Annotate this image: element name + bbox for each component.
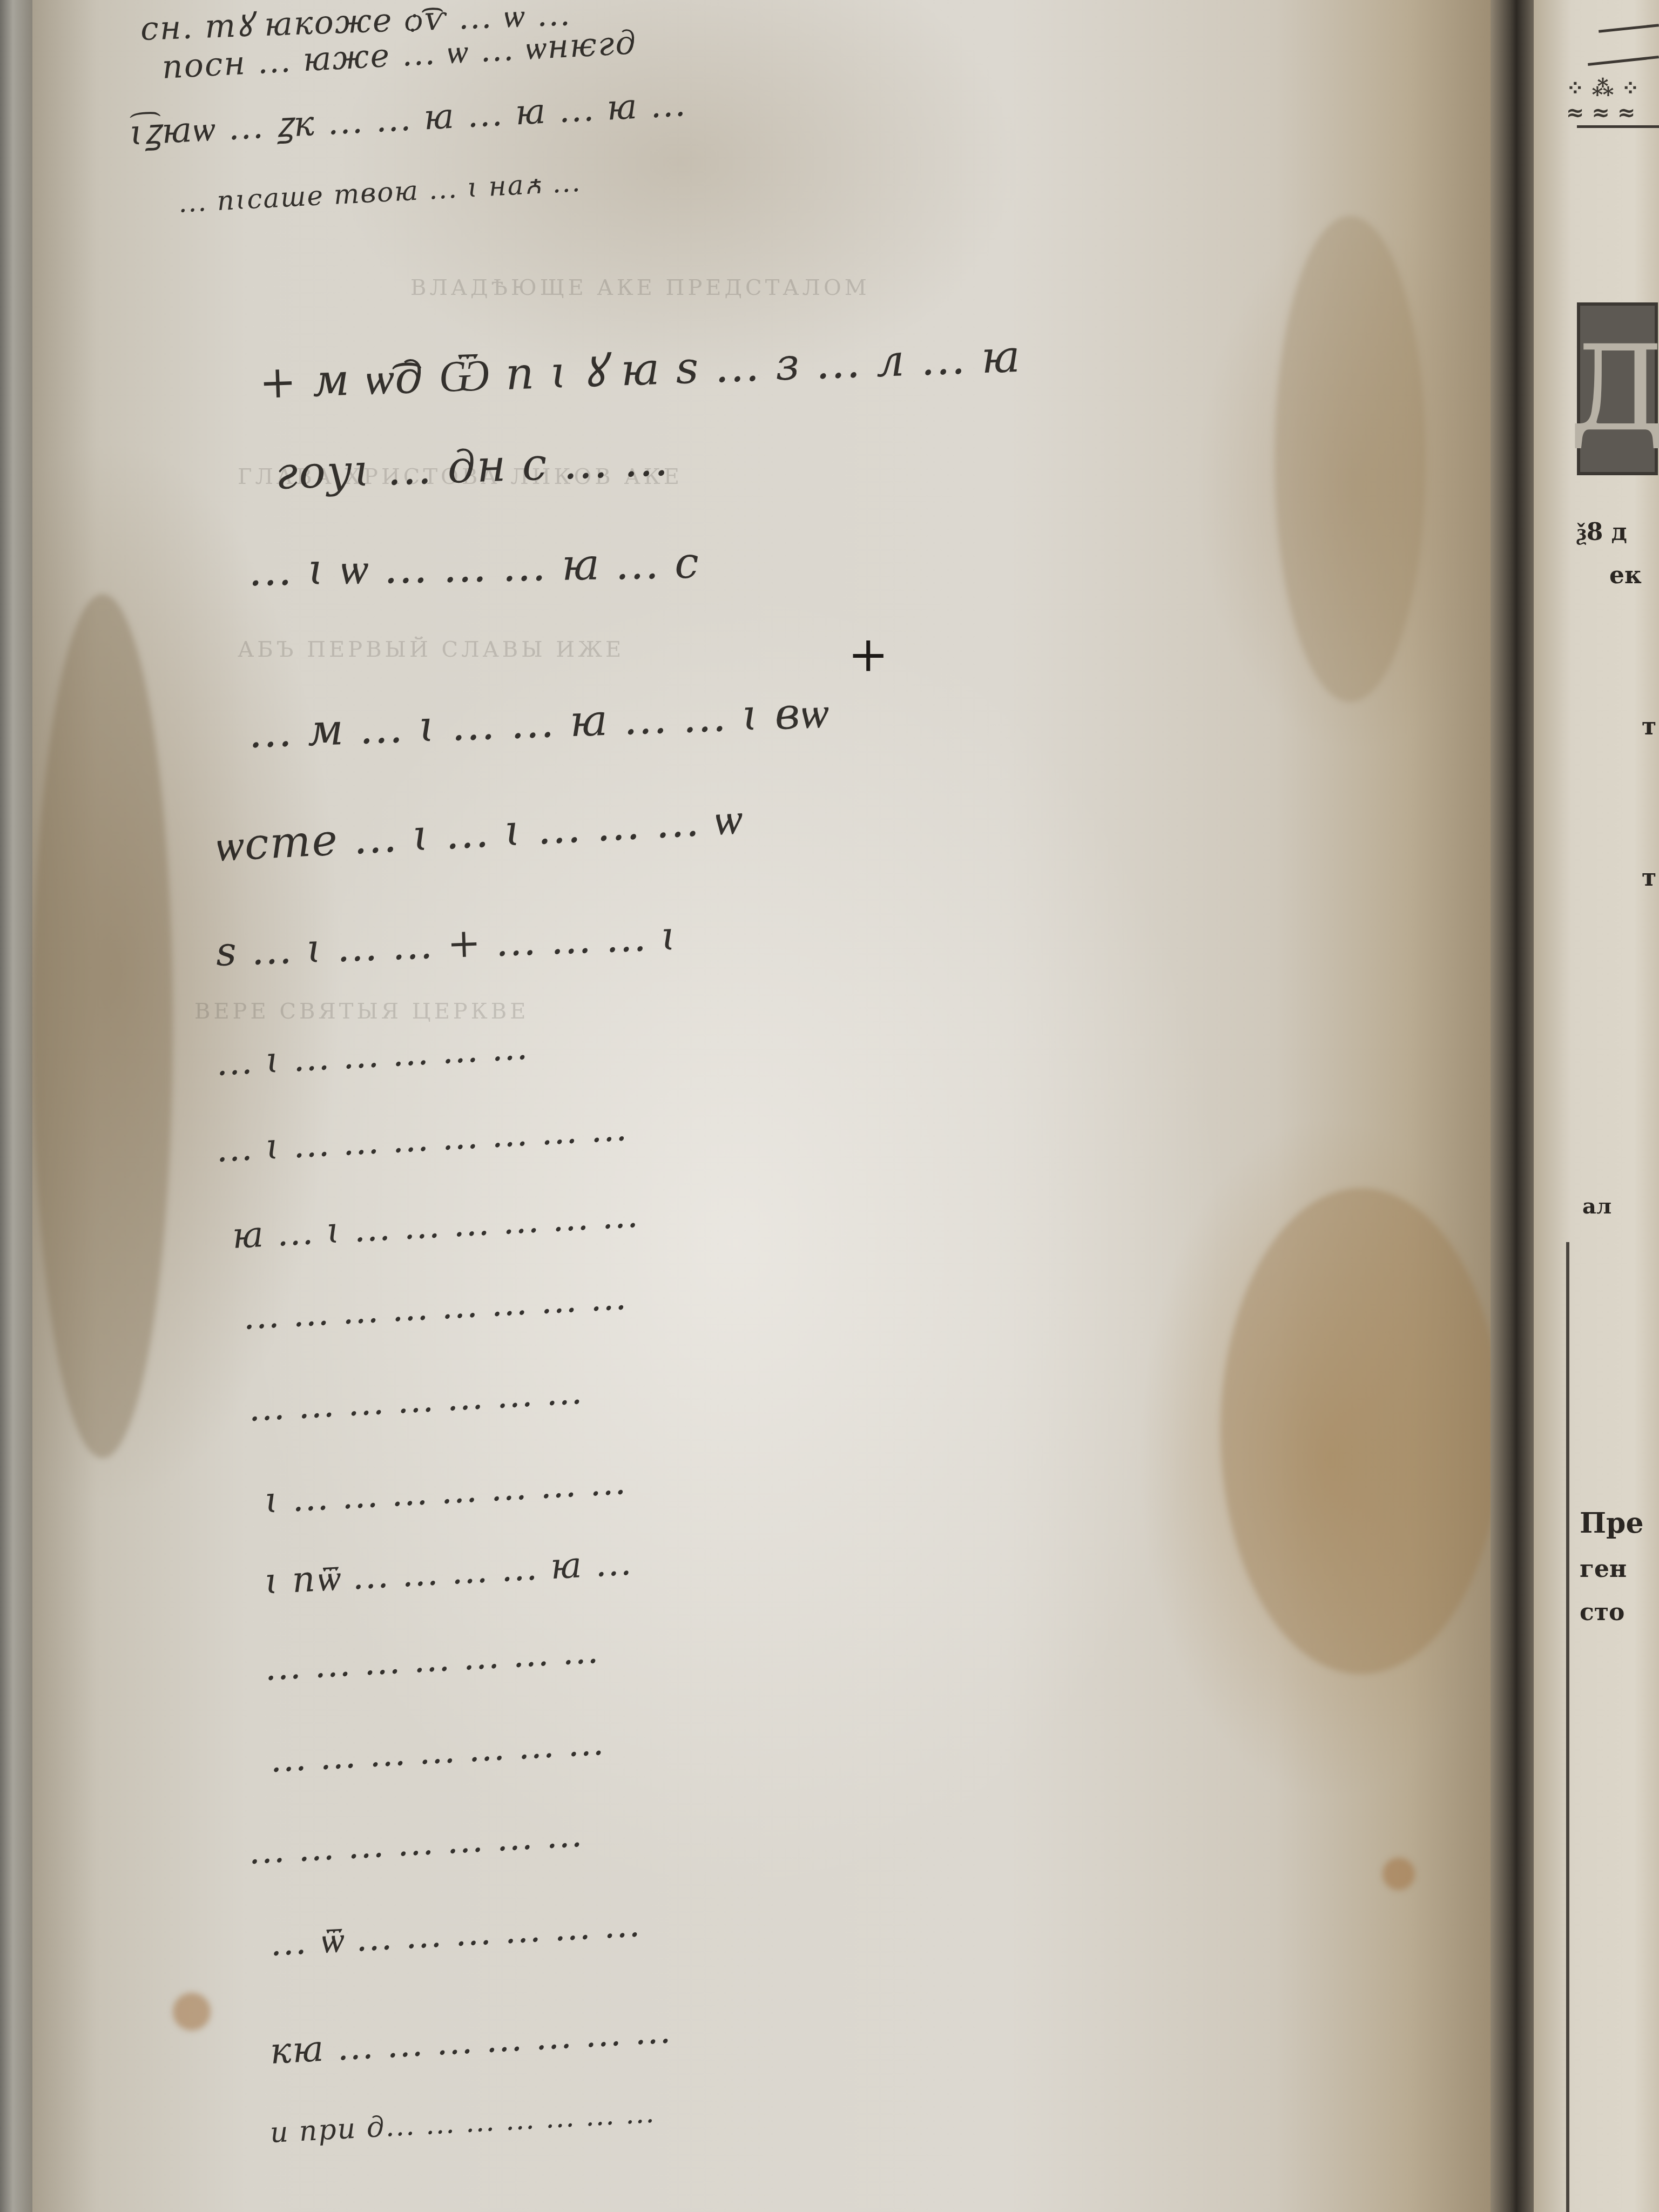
- handwritten-line: ... ... ... ... ... ... ...: [269, 1722, 606, 1781]
- handwritten-line: кꙗ ... ... ... ... ... ... ...: [269, 2009, 673, 2072]
- print-fragment: сто: [1580, 1599, 1624, 1626]
- handwritten-line: ѕ ... ꙇ ... ... + ... ... ... ꙇ: [215, 913, 678, 975]
- handwritten-line: ... ꙇ ... ... ... ... ...: [215, 1026, 530, 1084]
- print-fragment: Пре: [1580, 1507, 1644, 1540]
- handwritten-line: ... ... ... ... ... ... ...: [247, 1813, 584, 1872]
- initial-letter-glyph: Д: [1580, 306, 1655, 472]
- book-edge: [0, 0, 32, 2212]
- book-gutter: [1491, 0, 1534, 2212]
- print-rule: [1588, 56, 1659, 66]
- print-fragment: ѯ8 д: [1577, 518, 1627, 546]
- handwritten-line: ... ꙇ ... ... ... ... ... ... ...: [215, 1107, 629, 1170]
- cross-mark: +: [848, 626, 888, 683]
- print-ornament: ⁘ ⁂ ⁘: [1566, 76, 1640, 101]
- water-stain: [1220, 1188, 1501, 1674]
- print-column-rule: [1566, 1242, 1569, 2212]
- ornamental-initial: Д: [1577, 302, 1658, 475]
- water-stain: [32, 594, 173, 1458]
- print-fragment: ек: [1609, 562, 1642, 589]
- water-stain: [1274, 216, 1426, 702]
- print-ornament: ≈ ≈ ≈: [1566, 100, 1635, 125]
- print-rule: [1599, 24, 1659, 33]
- handwritten-line: ѡсте ... ꙇ ... ꙇ ... ... ... ѡ: [215, 793, 745, 872]
- handwritten-line: и при д... ... ... ... ... ... ...: [269, 2097, 656, 2149]
- handwritten-line: ꙇ пѿ ... ... ... ... ꙗ ...: [264, 1541, 633, 1603]
- bleed-through-text: АБЪ ПЕРВЫЙ СЛАВЫ ИЖЕ: [238, 637, 624, 662]
- print-rule: [1577, 125, 1659, 128]
- foxing-spot: [173, 1993, 211, 2031]
- print-fragment: ген: [1580, 1555, 1627, 1583]
- manuscript-page: ВЛАДѢЮЩЕ АКЕ ПРЕДСТАЛОМ ГЛАВА ХРИСТОВА Л…: [32, 0, 1491, 2212]
- handwritten-line: ... ... ... ... ... ... ...: [247, 1371, 584, 1429]
- handwritten-line: ... ꙇ ѡ ... ... ... ꙗ ... с: [248, 537, 700, 596]
- foxing-spot: [1382, 1858, 1415, 1890]
- print-fragment: ал: [1582, 1193, 1611, 1219]
- bleed-through-text: ВЛАДѢЮЩЕ АКЕ ПРЕДСТАЛОМ: [410, 275, 870, 300]
- handwritten-line: ꙗ ... ꙇ ... ... ... ... ... ...: [231, 1194, 640, 1257]
- print-fragment: т: [1642, 864, 1656, 892]
- handwritten-line: ... ... ... ... ... ... ... ...: [242, 1276, 628, 1338]
- bleed-through-text: ВЕРЕ СВЯТЫЯ ЦЕРКВЕ: [194, 999, 529, 1024]
- handwritten-line: ꙇ ... ... ... ... ... ... ...: [264, 1461, 628, 1521]
- handwritten-line: ... пꙇсаше твоꙗ ... ꙇ наꙉ ...: [177, 163, 582, 220]
- handwritten-line: гоуꙇ ... дн с ... ...: [274, 435, 670, 500]
- handwritten-line: ... м ... ꙇ ... ... ꙗ ... ... ꙇ вѡ: [247, 687, 830, 758]
- handwritten-line: + м ѡ͡д Ѿ п ꙇ ꙋ ꙗ ѕ ... з ... л ... ꙗ: [258, 325, 1022, 412]
- handwritten-line: ... ... ... ... ... ... ...: [264, 1630, 601, 1689]
- handwritten-line: ꙇ͡ꙁꙗѡ ... ꙁк ... ... ꙗ ... ꙗ ... ꙗ ...: [129, 79, 687, 155]
- print-fragment: т: [1642, 713, 1656, 740]
- handwritten-line: ... ѿ ... ... ... ... ... ...: [269, 1903, 642, 1965]
